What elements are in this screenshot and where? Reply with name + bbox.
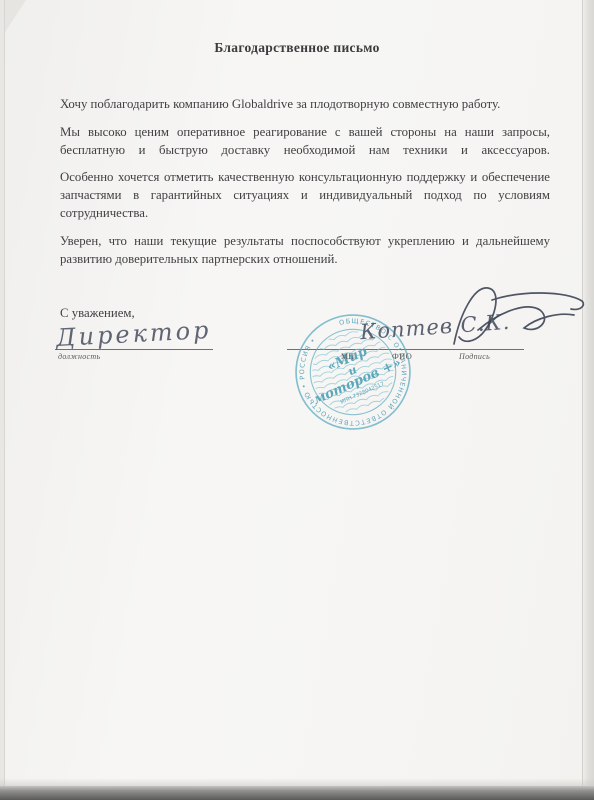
paragraph: Мы высоко ценим оперативное реагирование…: [60, 124, 550, 160]
scan-edge-bottom-shadow: [0, 778, 594, 786]
paragraph: Хочу поблагодарить компанию Globaldrive …: [60, 96, 550, 114]
letter-title: Благодарственное письмо: [0, 40, 594, 56]
scan-edge-left: [0, 0, 5, 800]
position-label: должность: [58, 352, 100, 361]
stamp-center-line3: моторов +»: [311, 356, 404, 408]
scanned-letter-page: Благодарственное письмо Хочу поблагодари…: [0, 0, 594, 800]
name-label: ФИО: [392, 351, 412, 361]
paragraph: Уверен, что наши текущие результаты посп…: [60, 233, 550, 269]
paragraph: Особенно хочется отметить качественную к…: [60, 169, 550, 222]
letter-body: Хочу поблагодарить компанию Globaldrive …: [60, 96, 550, 278]
scan-edge-bottom: [0, 786, 594, 800]
closing-salutation: С уважением,: [60, 306, 135, 321]
scan-edge-right: [582, 0, 594, 800]
signature-flourish: [440, 278, 590, 358]
stamp-place-label: МП: [341, 352, 355, 361]
